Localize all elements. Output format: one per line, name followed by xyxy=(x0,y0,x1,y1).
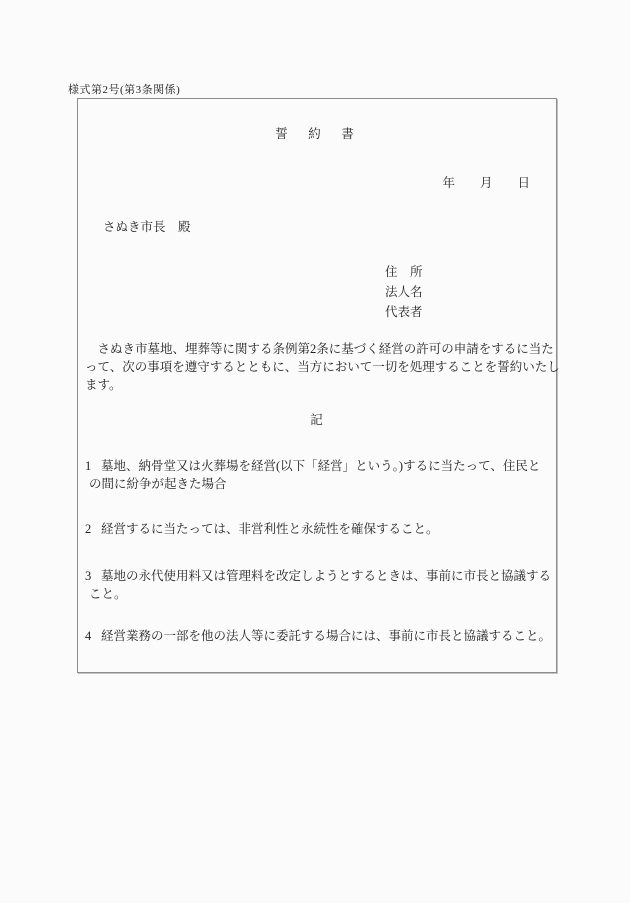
list-item-3: 3墓地の永代使用料又は管理料を改定しようとするときは、事前に市長と協議する こと… xyxy=(85,567,548,603)
list-item-4: 4経営業務の一部を他の法人等に委託する場合には、事前に市長と協議すること。 xyxy=(85,627,548,645)
item-text: 経営するに当たっては、非営利性と永続性を確保すること。 xyxy=(101,522,439,536)
document-page: 様式第2号(第3条関係) 誓 約 書 年 月 日 さぬき市長 殿 住 所 法人名… xyxy=(0,0,630,903)
item-number: 1 xyxy=(85,457,101,475)
signature-block: 住 所 法人名 代表者 xyxy=(385,262,548,322)
item-text: 墓地、納骨堂又は火葬場を経営(以下「経営」という。)するに当たって、住民と xyxy=(101,459,540,473)
item-text: 経営業務の一部を他の法人等に委託する場合には、事前に市長と協議すること。 xyxy=(101,629,551,643)
list-item-first-line: 2経営するに当たっては、非営利性と永続性を確保すること。 xyxy=(85,520,548,538)
list-item-first-line: 3墓地の永代使用料又は管理料を改定しようとするときは、事前に市長と協議する xyxy=(85,567,548,585)
recipient-line: さぬき市長 殿 xyxy=(103,219,548,235)
item-number: 3 xyxy=(85,567,101,585)
list-item-first-line: 4経営業務の一部を他の法人等に委託する場合には、事前に市長と協議すること。 xyxy=(85,627,548,645)
pledge-paragraph-line: ます。 xyxy=(85,376,548,394)
pledge-paragraph: さぬき市墓地、埋葬等に関する条例第2条に基づく経営の許可の申請をするに当た って… xyxy=(85,340,548,394)
item-text-continuation: の間に紛争が起きた場合 xyxy=(85,475,548,493)
list-item-1: 1墓地、納骨堂又は火葬場を経営(以下「経営」という。)するに当たって、住民と の… xyxy=(85,457,548,493)
corporation-name-label: 法人名 xyxy=(385,282,548,302)
list-item-2: 2経営するに当たっては、非営利性と永続性を確保すること。 xyxy=(85,520,548,538)
list-header: 記 xyxy=(85,411,548,429)
item-text: 墓地の永代使用料又は管理料を改定しようとするときは、事前に市長と協議する xyxy=(101,569,551,583)
item-number: 2 xyxy=(85,520,101,538)
address-label: 住 所 xyxy=(385,262,548,282)
pledge-paragraph-line: って、次の事項を遵守するとともに、当方において一切を処理することを誓約いたし xyxy=(85,358,548,376)
document-title: 誓 約 書 xyxy=(85,126,548,142)
form-number-label: 様式第2号(第3条関係) xyxy=(68,81,180,97)
representative-label: 代表者 xyxy=(385,302,548,322)
item-text-continuation: こと。 xyxy=(85,585,548,603)
list-item-first-line: 1墓地、納骨堂又は火葬場を経営(以下「経営」という。)するに当たって、住民と xyxy=(85,457,548,475)
pledge-paragraph-line: さぬき市墓地、埋葬等に関する条例第2条に基づく経営の許可の申請をするに当た xyxy=(85,340,548,358)
item-number: 4 xyxy=(85,627,101,645)
date-line: 年 月 日 xyxy=(85,175,548,191)
pledge-document-box: 誓 約 書 年 月 日 さぬき市長 殿 住 所 法人名 代表者 さぬき市墓地、埋… xyxy=(77,98,557,673)
